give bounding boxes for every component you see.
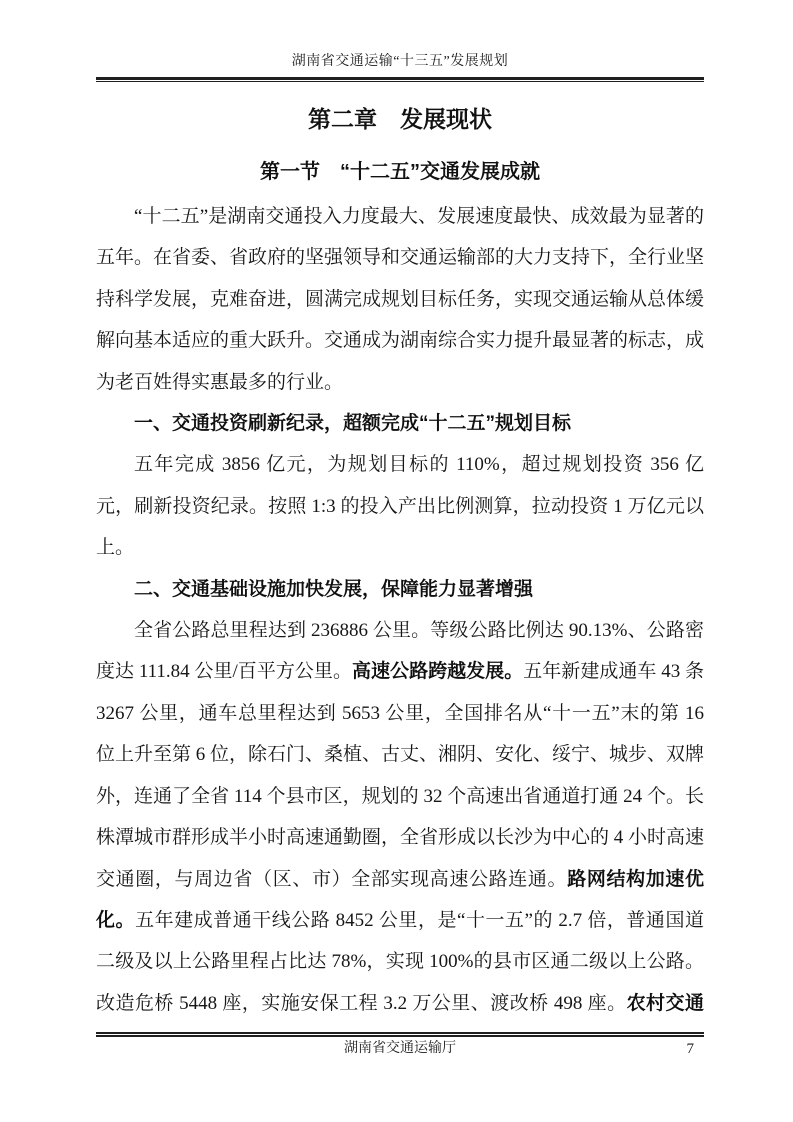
body-heading: 二、交通基础设施加快发展，保障能力显著增强 bbox=[96, 569, 704, 610]
body-paragraph: 五年完成 3856 亿元，为规划目标的 110%，超过规划投资 356 亿元，刷… bbox=[96, 444, 704, 568]
document-body: “十二五”是湖南交通投入力度最大、发展速度最快、成效最为显著的五年。在省委、省政… bbox=[96, 196, 704, 1030]
header-rule bbox=[96, 77, 704, 82]
footer-page-number: 7 bbox=[687, 1039, 695, 1059]
document-page: 湖南省交通运输“十三五”发展规划 第二章 发展现状 第一节 “十二五”交通发展成… bbox=[0, 0, 793, 1122]
section-title: 第一节 “十二五”交通发展成就 bbox=[96, 158, 704, 186]
footer-rule bbox=[96, 1032, 704, 1037]
header-title: 湖南省交通运输“十三五”发展规划 bbox=[96, 52, 704, 72]
body-paragraph: “十二五”是湖南交通投入力度最大、发展速度最快、成效最为显著的五年。在省委、省政… bbox=[96, 196, 704, 403]
chapter-title: 第二章 发展现状 bbox=[96, 104, 704, 134]
body-heading: 一、交通投资刷新纪录，超额完成“十二五”规划目标 bbox=[96, 403, 704, 444]
bold-run: 二、交通基础设施加快发展，保障能力显著增强 bbox=[134, 579, 533, 600]
footer-organization: 湖南省交通运输厅 bbox=[344, 1041, 456, 1056]
body-paragraph: 全省公路总里程达到 236886 公里。等级公路比例达 90.13%、公路密度达… bbox=[96, 610, 704, 1030]
header-rule-thick-line bbox=[96, 77, 704, 80]
footer-rule-thick-line bbox=[96, 1035, 704, 1037]
bold-run: 一、交通投资刷新纪录，超额完成“十二五”规划目标 bbox=[134, 413, 571, 434]
footer-rule-thin-line bbox=[96, 1032, 704, 1034]
page-footer: 湖南省交通运输厅 7 bbox=[96, 1039, 704, 1059]
header-rule-thin-line bbox=[96, 81, 704, 82]
bold-run: 高速公路跨越发展。 bbox=[352, 661, 523, 682]
